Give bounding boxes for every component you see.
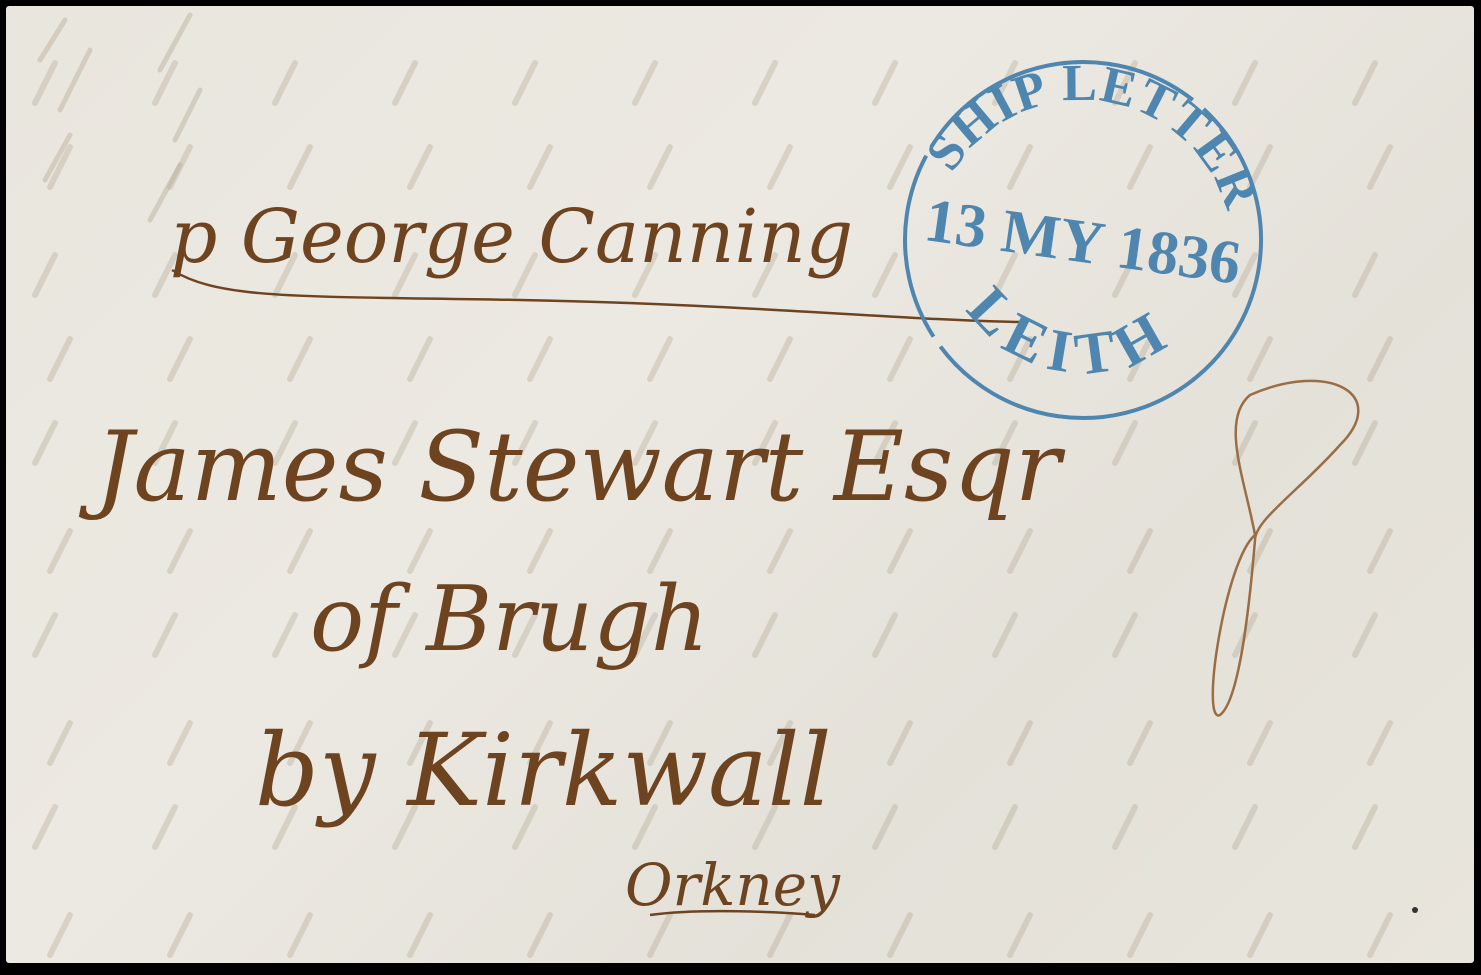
rate-mark-8 [1213,381,1358,716]
postmark-date: 13 MY 1836 [921,186,1245,298]
ship-letter-postmark: SHIP LETTER 13 MY 1836 LEITH [881,31,1286,441]
addressee-county: Orkney [625,851,841,919]
cover-markings: p George Canning James Stewart Esqr of B… [0,0,1481,975]
addressee-estate: of Brugh [310,567,709,672]
routing-endorsement: p George Canning [170,194,853,280]
ink-dot [1412,907,1418,913]
addressee-town: by Kirkwall [255,712,832,829]
addressee-name: James Stewart Esqr [78,411,1066,523]
show-through-writing [40,15,200,220]
postmark-bottom-arc: LEITH [948,268,1191,402]
